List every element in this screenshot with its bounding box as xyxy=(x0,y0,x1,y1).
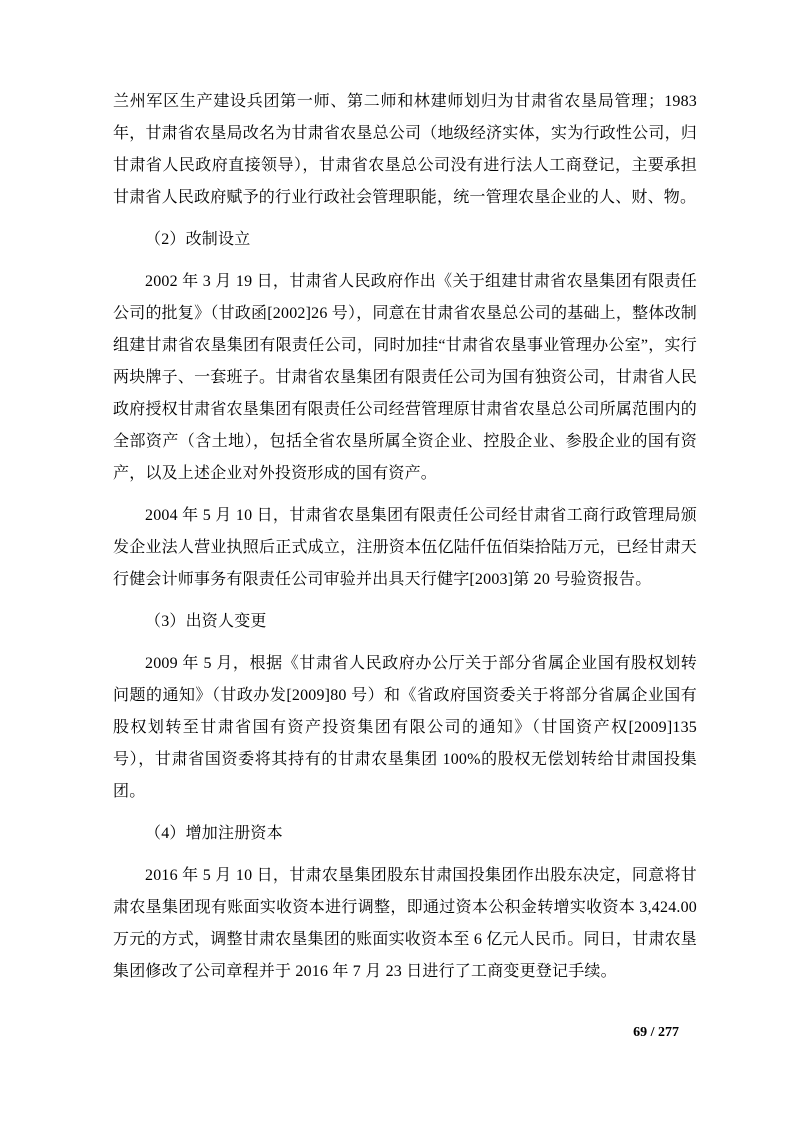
document-content: 兰州军区生产建设兵团第一师、第二师和林建师划归为甘肃省农垦局管理；1983 年，… xyxy=(113,86,697,998)
section-heading: （2）改制设立 xyxy=(113,224,697,256)
paragraph: 兰州军区生产建设兵团第一师、第二师和林建师划归为甘肃省农垦局管理；1983 年，… xyxy=(113,86,697,214)
paragraph: 2004 年 5 月 10 日，甘肃省农垦集团有限责任公司经甘肃省工商行政管理局… xyxy=(113,500,697,596)
paragraph: 2016 年 5 月 10 日，甘肃农垦集团股东甘肃国投集团作出股东决定，同意将… xyxy=(113,860,697,988)
section-heading: （3）出资人变更 xyxy=(113,606,697,638)
paragraph: 2002 年 3 月 19 日，甘肃省人民政府作出《关于组建甘肃省农垦集团有限责… xyxy=(113,266,697,490)
section-heading: （4）增加注册资本 xyxy=(113,818,697,850)
document-page: 兰州军区生产建设兵团第一师、第二师和林建师划归为甘肃省农垦局管理；1983 年，… xyxy=(0,0,793,1122)
paragraph: 2009 年 5 月，根据《甘肃省人民政府办公厅关于部分省属企业国有股权划转问题… xyxy=(113,648,697,808)
page-number: 69 / 277 xyxy=(0,1024,679,1042)
